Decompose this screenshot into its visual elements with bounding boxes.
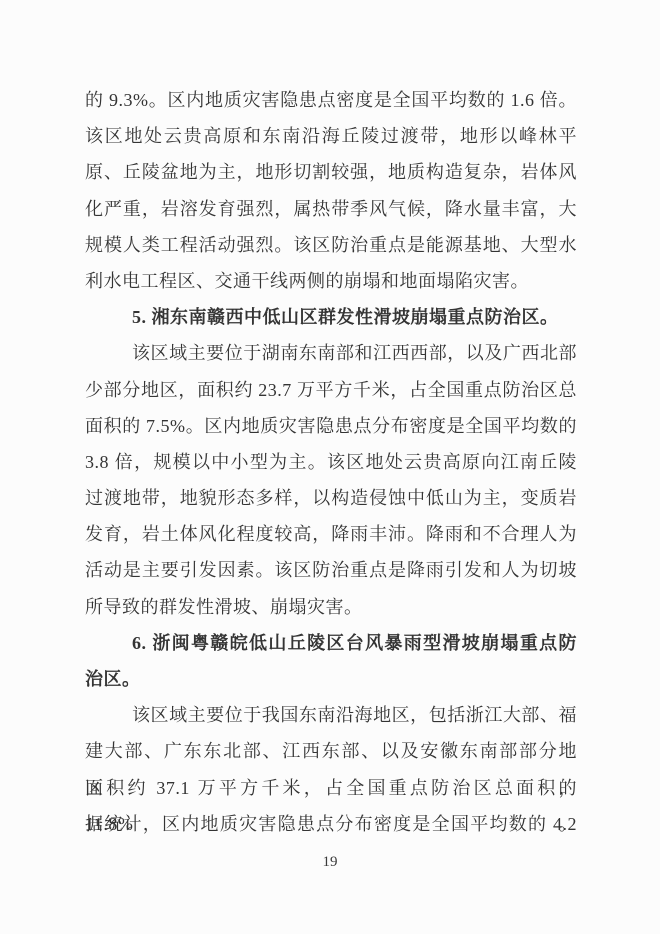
text-line: 规模人类工程活动强烈。该区防治重点是能源基地、大型水 (85, 227, 577, 263)
text-line: 3.8 倍，规模以中小型为主。该区地处云贵高原向江南丘陵 (85, 444, 577, 480)
text-line: 面积的 7.5%。区内地质灾害隐患点分布密度是全国平均数的 (85, 408, 577, 444)
text-line: 面积约 37.1 万平方千米，占全国重点防治区总面积的 11.8%。 (85, 770, 577, 806)
text-line: 所导致的群发性滑坡、崩塌灾害。 (85, 589, 577, 625)
text-line: 少部分地区，面积约 23.7 万平方千米，占全国重点防治区总 (85, 372, 577, 408)
text-line: 治区。 (85, 661, 577, 697)
text-line: 建大部、广东东北部、江西东部、以及安徽东南部部分地区， (85, 733, 577, 769)
body-text: 的 9.3%。区内地质灾害隐患点密度是全国平均数的 1.6 倍。该区地处云贵高原… (85, 82, 577, 842)
text-line: 6. 浙闽粤赣皖低山丘陵区台风暴雨型滑坡崩塌重点防 (85, 625, 577, 661)
page-number: 19 (0, 854, 660, 871)
text-line: 活动是主要引发因素。该区防治重点是降雨引发和人为切坡 (85, 552, 577, 588)
text-line: 过渡地带，地貌形态多样，以构造侵蚀中低山为主，变质岩 (85, 480, 577, 516)
document-page: 的 9.3%。区内地质灾害隐患点密度是全国平均数的 1.6 倍。该区地处云贵高原… (0, 0, 660, 934)
text-line: 该区域主要位于我国东南沿海地区，包括浙江大部、福 (85, 697, 577, 733)
text-line: 的 9.3%。区内地质灾害隐患点密度是全国平均数的 1.6 倍。 (85, 82, 577, 118)
text-line: 据统计，区内地质灾害隐患点分布密度是全国平均数的 4.2 (85, 806, 577, 842)
text-line: 5. 湘东南赣西中低山区群发性滑坡崩塌重点防治区。 (85, 299, 577, 335)
text-line: 利水电工程区、交通干线两侧的崩塌和地面塌陷灾害。 (85, 263, 577, 299)
text-line: 化严重，岩溶发育强烈，属热带季风气候，降水量丰富，大 (85, 191, 577, 227)
text-line: 发育，岩土体风化程度较高，降雨丰沛。降雨和不合理人为 (85, 516, 577, 552)
text-line: 该区地处云贵高原和东南沿海丘陵过渡带，地形以峰林平 (85, 118, 577, 154)
text-line: 原、丘陵盆地为主，地形切割较强，地质构造复杂，岩体风 (85, 154, 577, 190)
text-line: 该区域主要位于湖南东南部和江西西部，以及广西北部 (85, 335, 577, 371)
